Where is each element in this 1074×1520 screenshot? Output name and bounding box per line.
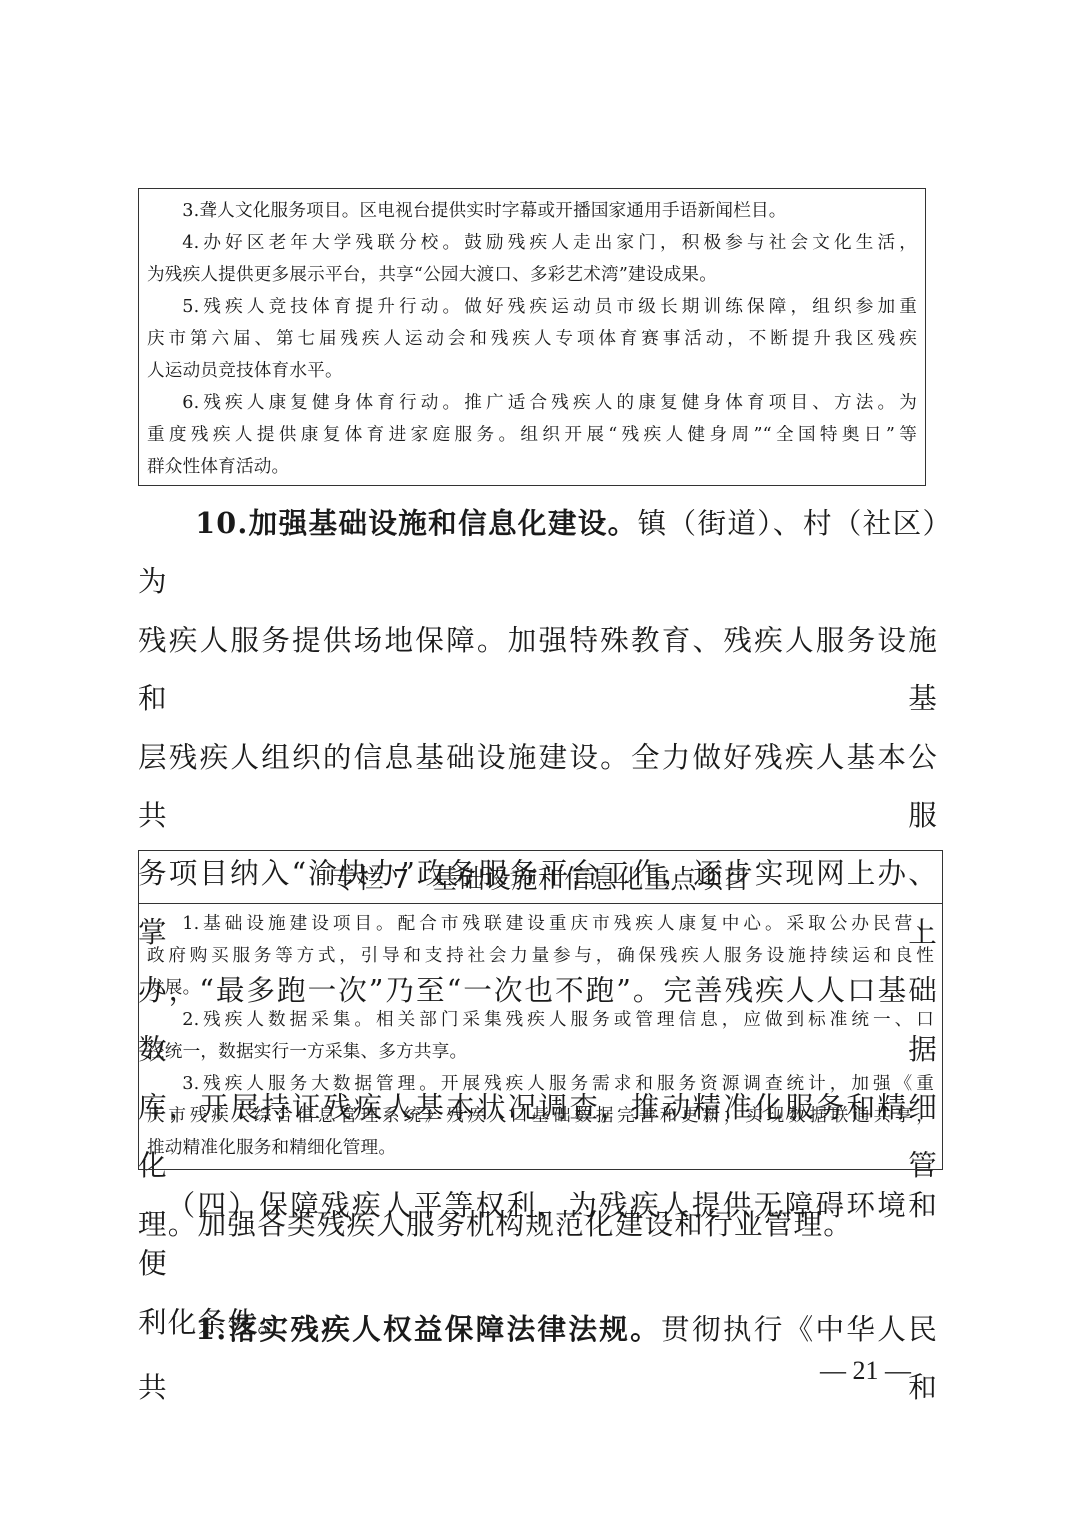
box2-item-2-line2: 径统一，数据实行一方采集、多方共享。 [147,1036,934,1068]
column-7-title-text: 基础设施和信息化重点项目 [432,859,750,896]
box2-item-3-line3: 推动精准化服务和精细化管理。 [147,1132,934,1164]
box2-item-3-line1: 3.残疾人服务大数据管理。开展残疾人服务需求和服务资源调查统计，加强《重 [147,1068,934,1100]
column-7-number: 专栏 7 [331,859,410,896]
column-7-title: 专栏 7 基础设施和信息化重点项目 [139,851,942,904]
box1-item-6-line2: 重度残疾人提供康复体育进家庭服务。组织开展“残疾人健身周”“全国特奥日”等 [147,419,917,451]
column-7-content: 1.基础设施建设项目。配合市残联建设重庆市残疾人康复中心。采取公办民营、 政府购… [139,904,942,1164]
box2-item-1-line1: 1.基础设施建设项目。配合市残联建设重庆市残疾人康复中心。采取公办民营、 [147,908,934,940]
box1-item-4-line2: 为残疾人提供更多展示平台，共享“公园大渡口、多彩艺术湾”建设成果。 [147,259,917,291]
section-10-line1: 10.加强基础设施和信息化建设。镇（街道）、村（社区）为 [138,494,938,611]
page-number: — 21 — [820,1356,911,1386]
box1-item-6-line3: 群众性体育活动。 [147,451,917,483]
section-10-heading: 10.加强基础设施和信息化建设。 [195,506,637,540]
column-7-box: 专栏 7 基础设施和信息化重点项目 1.基础设施建设项目。配合市残联建设重庆市残… [138,850,943,1170]
box2-item-1-line2: 政府购买服务等方式，引导和支持社会力量参与，确保残疾人服务设施持续运和良性 [147,940,934,972]
section-1-paragraph: 1.落实残疾人权益保障法律法规。贯彻执行《中华人民共和 [138,1300,938,1417]
box1-item-4-line1: 4.办好区老年大学残联分校。鼓励残疾人走出家门，积极参与社会文化生活， [147,227,917,259]
box2-item-3-line2: 庆市残疾人综合信息管理系统》残疾人口基础数据完善和更新，实现数据联通共享， [147,1100,934,1132]
sidebar-box-culture-sports: 3.聋人文化服务项目。区电视台提供实时字幕或开播国家通用手语新闻栏目。 4.办好… [138,188,926,486]
section-4-line1: （四）保障残疾人平等权利，为残疾人提供无障碍环境和便 [138,1176,938,1293]
box1-item-6-line1: 6.残疾人康复健身体育行动。推广适合残疾人的康复健身体育项目、方法。为 [147,387,917,419]
box1-item-3: 3.聋人文化服务项目。区电视台提供实时字幕或开播国家通用手语新闻栏目。 [147,195,917,227]
box2-item-2-line1: 2.残疾人数据采集。相关部门采集残疾人服务或管理信息，应做到标准统一、口 [147,1004,934,1036]
section-10-line2: 残疾人服务提供场地保障。加强特殊教育、残疾人服务设施和基 [138,611,938,728]
box1-item-5-line3: 人运动员竞技体育水平。 [147,355,917,387]
box1-item-5-line1: 5.残疾人竞技体育提升行动。做好残疾运动员市级长期训练保障，组织参加重 [147,291,917,323]
section-10-line3: 层残疾人组织的信息基础设施建设。全力做好残疾人基本公共服 [138,728,938,845]
box1-item-5-line2: 庆市第六届、第七届残疾人运动会和残疾人专项体育赛事活动，不断提升我区残疾 [147,323,917,355]
section-1-line1: 1.落实残疾人权益保障法律法规。贯彻执行《中华人民共和 [138,1300,938,1417]
box2-item-1-line3: 发展。 [147,972,934,1004]
section-1-heading: 1.落实残疾人权益保障法律法规。 [195,1312,661,1346]
